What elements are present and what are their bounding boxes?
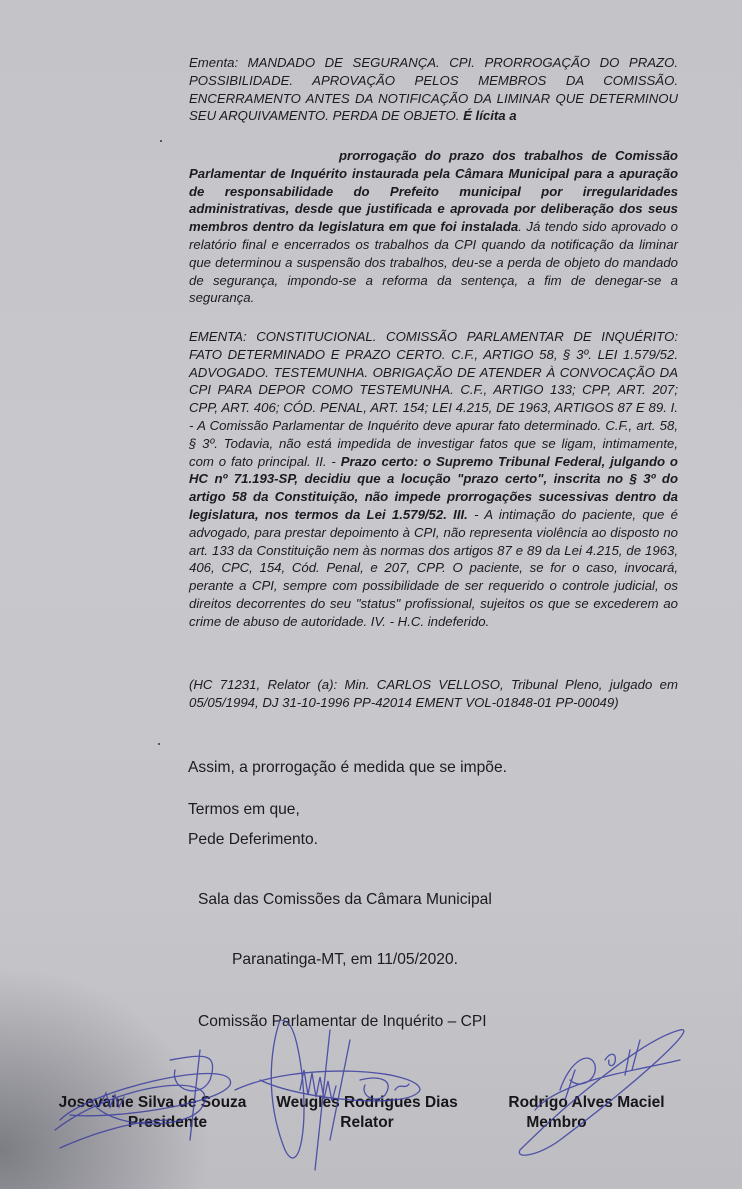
ementa-1-body: prorrogação do prazo dos trabalhos de Co…	[189, 147, 678, 307]
signatory-name: Rodrigo Alves Maciel	[494, 1093, 679, 1113]
sala-comissoes-text: Sala das Comissões da Câmara Municipal	[198, 891, 492, 909]
signature-block-membro: Rodrigo Alves Maciel Membro	[494, 1093, 679, 1133]
committee-name-text: Comissão Parlamentar de Inquérito – CPI	[198, 1013, 487, 1031]
conclusion-text: Assim, a prorrogação é medida que se imp…	[188, 759, 507, 777]
ementa-1-heading: Ementa: MANDADO DE SEGURANÇA. CPI. PRORR…	[189, 54, 678, 125]
jurisprudence-citation: (HC 71231, Relator (a): Min. CARLOS VELL…	[189, 676, 678, 712]
place-date-text: Paranatinga-MT, em 11/05/2020.	[232, 951, 458, 969]
ementa-2-part-2: - A intimação do paciente, que é advogad…	[189, 507, 678, 629]
signatory-name: Josevaine Silva de Souza	[40, 1093, 265, 1113]
signatory-role: Membro	[494, 1113, 679, 1133]
signature-block-presidente: Josevaine Silva de Souza Presidente	[40, 1093, 265, 1133]
termos-text: Termos em que,	[188, 801, 300, 819]
signature-block-relator: Weugles Rodrigues Dias Relator	[262, 1093, 472, 1133]
ementa-2-part-1: EMENTA: CONSTITUCIONAL. COMISSÃO PARLAME…	[189, 329, 678, 469]
speck	[160, 140, 162, 142]
ementa-2: EMENTA: CONSTITUCIONAL. COMISSÃO PARLAME…	[189, 328, 678, 631]
signatory-role: Relator	[262, 1113, 472, 1133]
speck	[158, 743, 160, 745]
signatory-name: Weugles Rodrigues Dias	[262, 1093, 472, 1113]
signatory-role: Presidente	[40, 1113, 265, 1133]
ementa-1-caps: Ementa: MANDADO DE SEGURANÇA. CPI. PRORR…	[189, 55, 678, 123]
ementa-1-bold-lead: É lícita a	[463, 108, 517, 123]
pede-deferimento-text: Pede Deferimento.	[188, 831, 318, 849]
document-page: Ementa: MANDADO DE SEGURANÇA. CPI. PRORR…	[0, 0, 742, 1189]
